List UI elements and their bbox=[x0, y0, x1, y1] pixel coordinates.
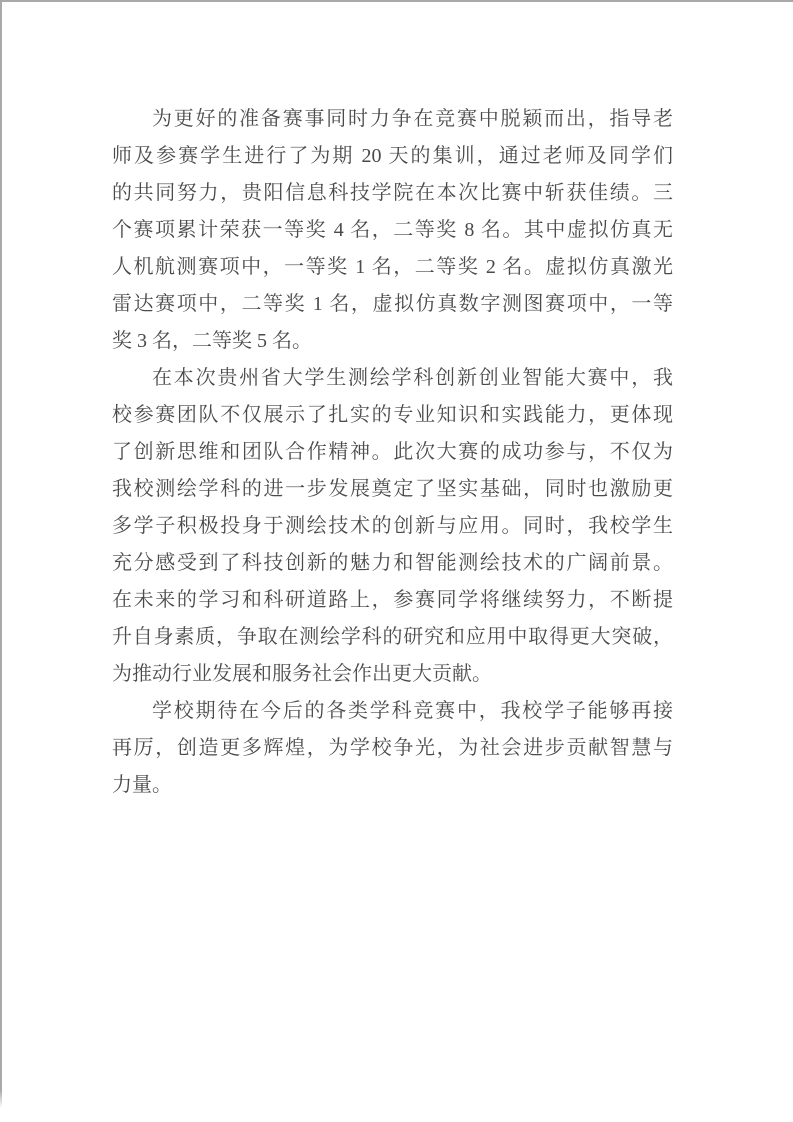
text-line: 升自身素质，争取在测绘学科的研究和应用中取得更大突破， bbox=[112, 619, 673, 656]
text-line: 在未来的学习和科研道路上，参赛同学将继续努力，不断提 bbox=[112, 582, 673, 619]
paragraph-competition-results: 为更好的准备赛事同时力争在竞赛中脱颖而出，指导老 师及参赛学生进行了为期 20 … bbox=[112, 101, 673, 360]
text-line: 了创新思维和团队合作精神。此次大赛的成功参与，不仅为 bbox=[112, 434, 673, 471]
text-line: 个赛项累计荣获一等奖 4 名，二等奖 8 名。其中虚拟仿真无 bbox=[112, 212, 673, 249]
document-body: 为更好的准备赛事同时力争在竞赛中脱颖而出，指导老 师及参赛学生进行了为期 20 … bbox=[112, 101, 673, 804]
text-line: 为推动行业发展和服务社会作出更大贡献。 bbox=[112, 656, 673, 693]
text-line: 师及参赛学生进行了为期 20 天的集训，通过老师及同学们 bbox=[112, 138, 673, 175]
text-line: 多学子积极投身于测绘技术的创新与应用。同时，我校学生 bbox=[112, 508, 673, 545]
text-line: 我校测绘学科的进一步发展奠定了坚实基础，同时也激励更 bbox=[112, 471, 673, 508]
text-line: 人机航测赛项中，一等奖 1 名，二等奖 2 名。虚拟仿真激光 bbox=[112, 249, 673, 286]
paragraph-significance: 在本次贵州省大学生测绘学科创新创业智能大赛中，我 校参赛团队不仅展示了扎实的专业… bbox=[112, 360, 673, 693]
paragraph-expectation: 学校期待在今后的各类学科竞赛中，我校学子能够再接 再厉，创造更多辉煌，为学校争光… bbox=[112, 693, 673, 804]
text-line: 雷达赛项中，二等奖 1 名，虚拟仿真数字测图赛项中，一等 bbox=[112, 286, 673, 323]
text-line: 再厉，创造更多辉煌，为学校争光，为社会进步贡献智慧与 bbox=[112, 730, 673, 767]
text-line: 充分感受到了科技创新的魅力和智能测绘技术的广阔前景。 bbox=[112, 545, 673, 582]
text-line: 力量。 bbox=[112, 767, 673, 804]
text-line: 学校期待在今后的各类学科竞赛中，我校学子能够再接 bbox=[112, 693, 673, 730]
page-edge-top-line bbox=[0, 0, 793, 2]
document-page: 为更好的准备赛事同时力争在竞赛中脱颖而出，指导老 师及参赛学生进行了为期 20 … bbox=[0, 0, 793, 1122]
text-line: 在本次贵州省大学生测绘学科创新创业智能大赛中，我 bbox=[112, 360, 673, 397]
text-line: 奖 3 名，二等奖 5 名。 bbox=[112, 323, 673, 360]
text-line: 为更好的准备赛事同时力争在竞赛中脱颖而出，指导老 bbox=[112, 101, 673, 138]
text-line: 校参赛团队不仅展示了扎实的专业知识和实践能力，更体现 bbox=[112, 397, 673, 434]
page-edge-left-line bbox=[0, 0, 2, 1108]
text-line: 的共同努力，贵阳信息科技学院在本次比赛中斩获佳绩。三 bbox=[112, 175, 673, 212]
